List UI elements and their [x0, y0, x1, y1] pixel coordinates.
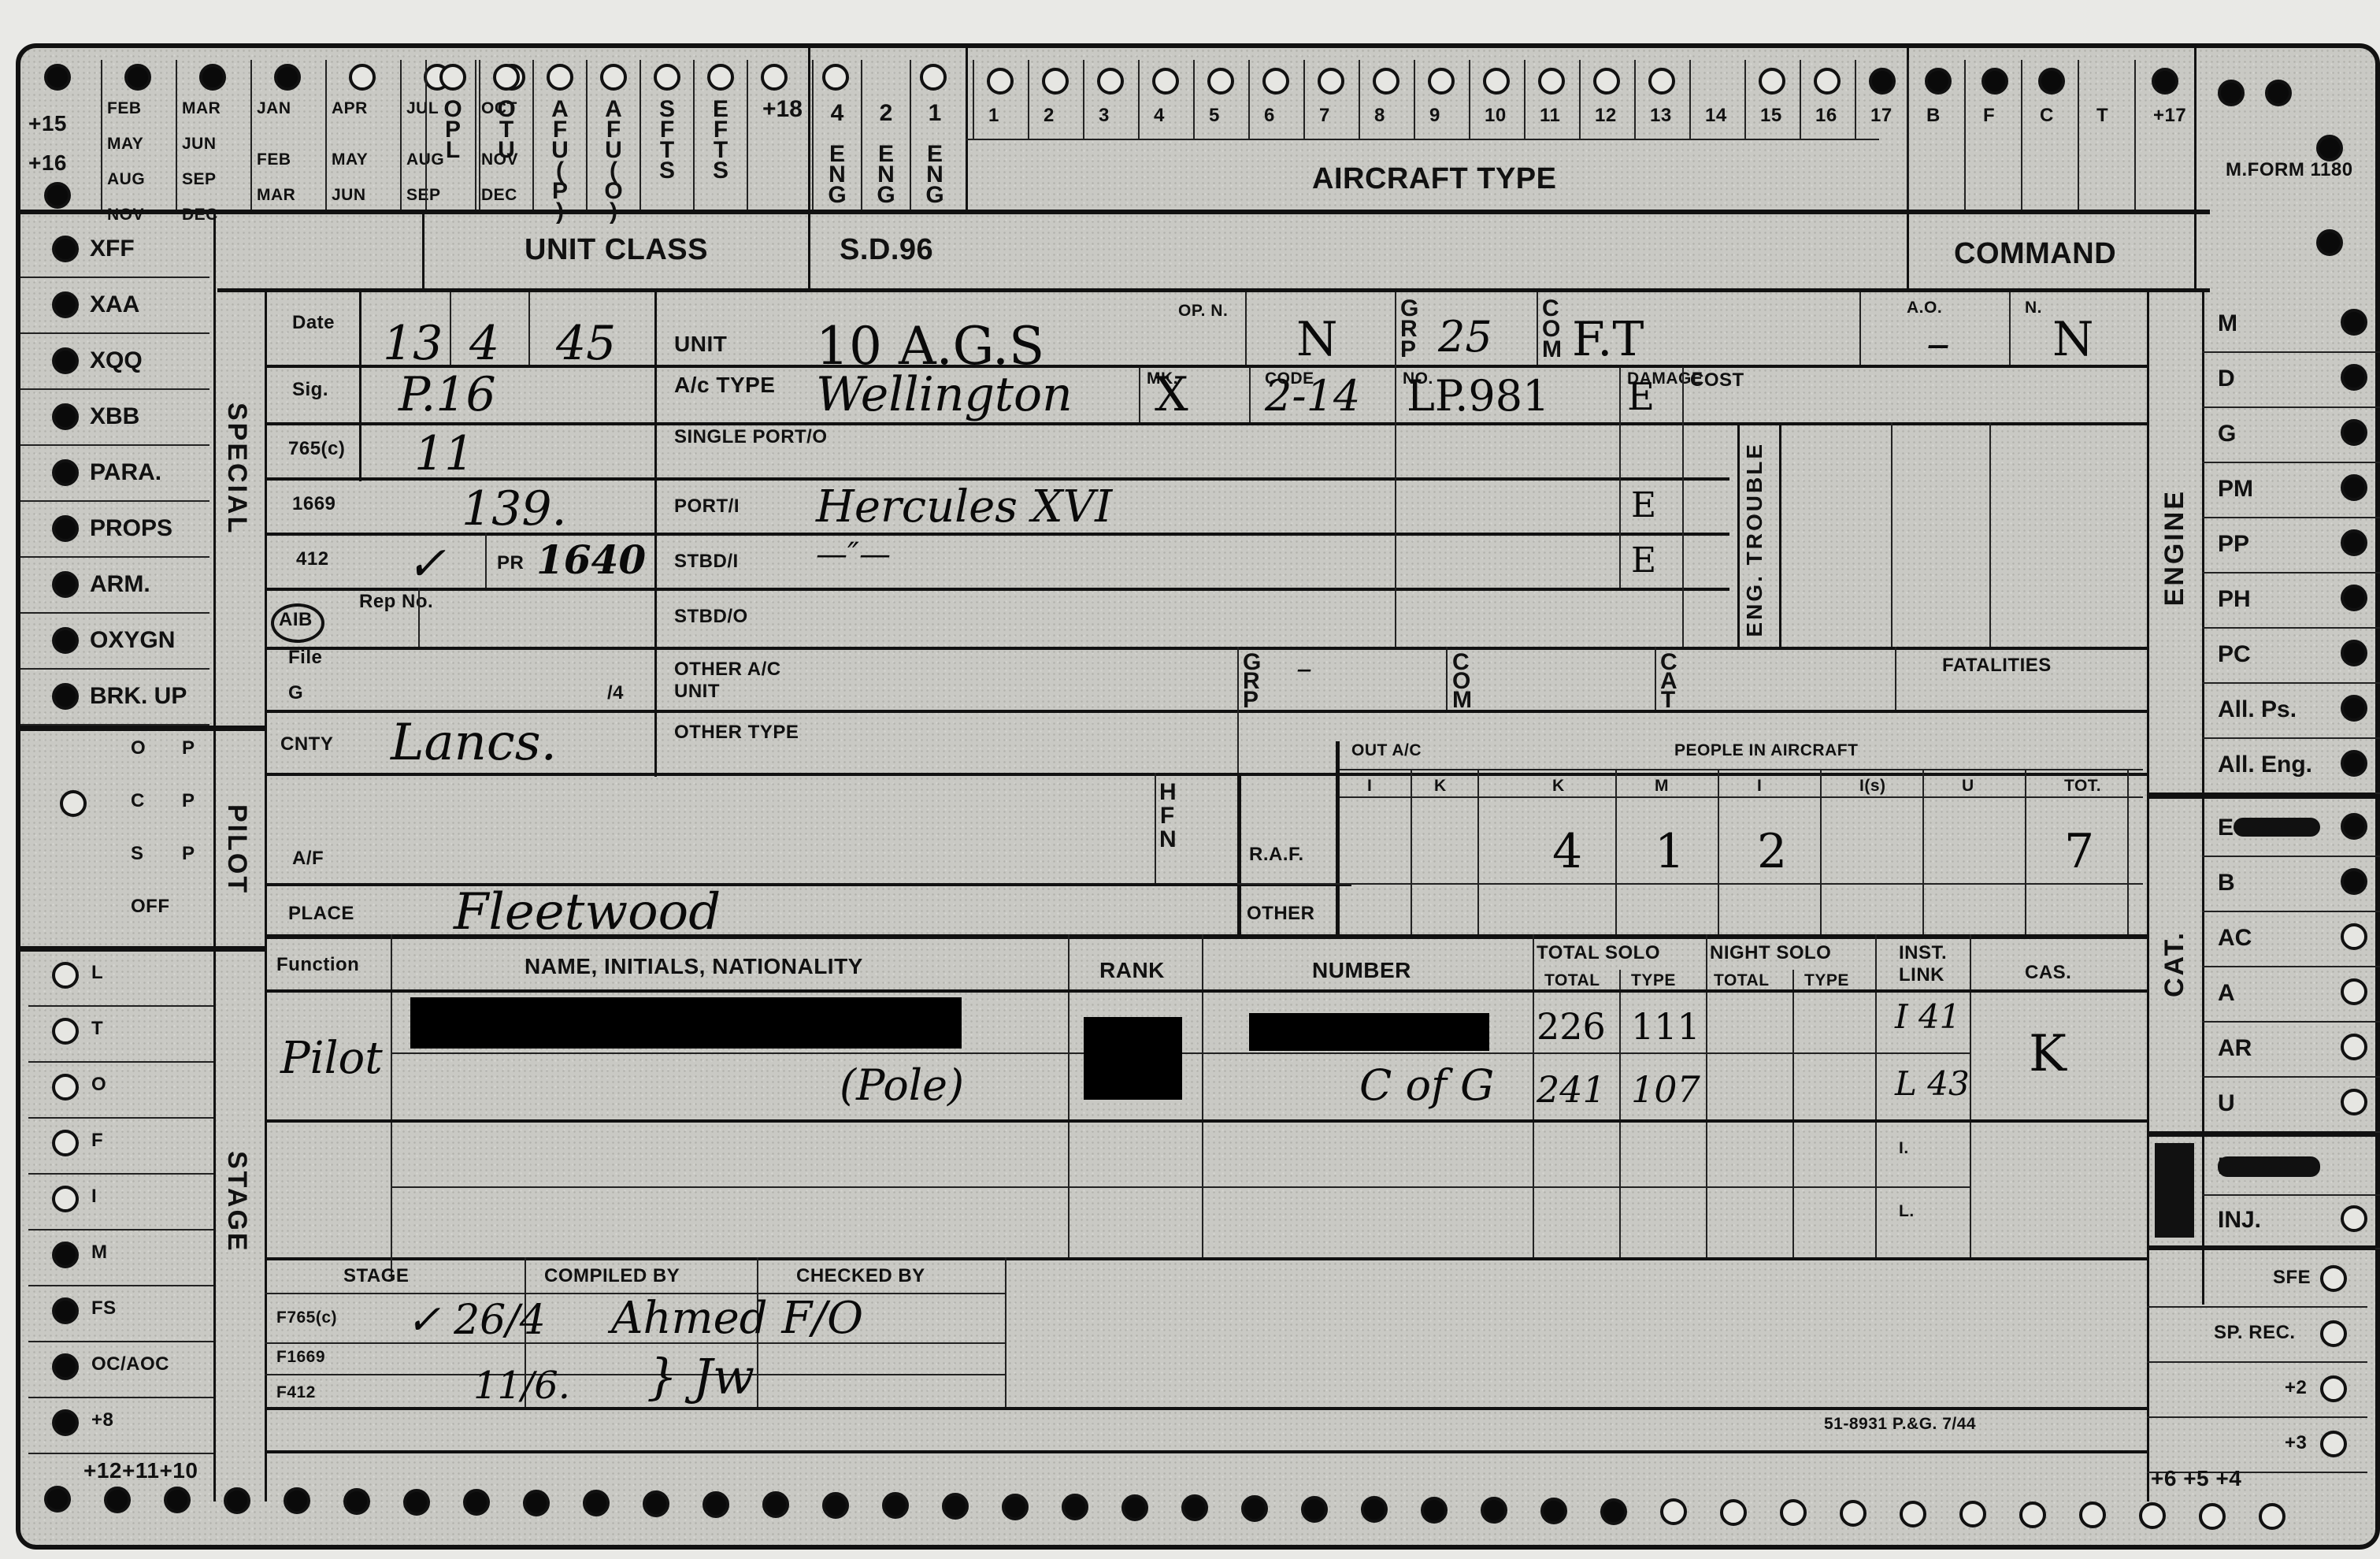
n-label: N. — [2025, 299, 2042, 317]
divider — [28, 1453, 213, 1454]
punch-hole[interactable] — [439, 64, 466, 91]
g-label: G — [288, 682, 303, 704]
punch-hole[interactable] — [1720, 1499, 1747, 1526]
divider — [479, 60, 480, 210]
out-ac-label: OUT A/C — [1351, 741, 1422, 760]
divider — [1395, 422, 1396, 647]
punch-hole[interactable] — [1121, 1494, 1148, 1521]
divider — [2194, 48, 2196, 288]
punch-hole[interactable] — [1181, 1494, 1208, 1521]
punch-hole[interactable] — [1925, 68, 1952, 95]
divider — [391, 1186, 1970, 1188]
divider — [812, 60, 814, 210]
total-solo-total-2[interactable]: 241 — [1537, 1068, 1606, 1111]
engine-item[interactable]: All. Eng. — [2202, 737, 2380, 794]
f1669-label: 1669 — [292, 493, 335, 515]
engine-item[interactable]: D — [2202, 351, 2380, 408]
divider — [1237, 773, 1241, 934]
special-item[interactable]: PARA. — [20, 445, 209, 502]
punch-hole[interactable] — [164, 1487, 191, 1513]
special-item-label: XAA — [90, 291, 139, 318]
f765c-value[interactable]: 11 — [414, 426, 474, 481]
op-n-label: OP. N. — [1178, 300, 1225, 322]
place-label: PLACE — [288, 903, 354, 925]
punch-hole[interactable] — [1840, 1500, 1867, 1527]
cat-item[interactable]: AC — [2202, 911, 2380, 967]
special-item[interactable]: XBB — [20, 389, 209, 446]
divider — [1446, 647, 1448, 710]
total-solo-type-2[interactable]: 107 — [1631, 1068, 1700, 1111]
month-label: MAR — [182, 99, 221, 118]
divider — [1922, 769, 1924, 934]
inst-link-header: INST. LINK — [1899, 942, 1954, 986]
divider — [1718, 769, 1719, 934]
cat-item[interactable]: A — [2202, 966, 2380, 1023]
punch-hole[interactable] — [654, 64, 680, 91]
command-code: T — [2096, 105, 2108, 127]
divider — [1689, 60, 1691, 139]
month-label: MAY — [332, 150, 368, 169]
cat-item[interactable]: AR — [2202, 1021, 2380, 1078]
punch-hole[interactable] — [2259, 1503, 2285, 1530]
people-col: I — [1757, 777, 1762, 796]
punch-hole[interactable] — [284, 1487, 310, 1514]
divider — [2147, 1416, 2367, 1418]
punch-hole[interactable] — [1318, 68, 1344, 95]
op-n-value[interactable]: N — [1296, 312, 1338, 367]
stage-f765c-value[interactable]: ✓ 26/4 — [406, 1297, 546, 1344]
corner-label: +15 — [28, 111, 67, 136]
special-item[interactable]: ARM. — [20, 557, 209, 614]
punch-hole — [2341, 813, 2367, 840]
divider — [265, 1374, 1005, 1375]
aircraft-type-number: 17 — [1870, 105, 1893, 127]
divider — [1477, 769, 1479, 934]
month-label: FEB — [107, 99, 142, 118]
punch-hole[interactable] — [104, 1487, 131, 1513]
punch-hole[interactable] — [1981, 68, 2008, 95]
engine-item[interactable]: G — [2202, 406, 2380, 463]
punch-hole[interactable] — [1869, 68, 1896, 95]
pr-value[interactable]: 1640 — [536, 536, 646, 583]
command-code: B — [1926, 105, 1941, 127]
aircraft-type-number: 12 — [1595, 105, 1617, 127]
month-label: MAR — [257, 186, 295, 205]
engine-count-code: 2 E N G — [874, 103, 898, 206]
mk-value[interactable]: X — [1155, 367, 1188, 422]
month-label: DEC — [481, 186, 517, 205]
punch-hole[interactable] — [762, 1491, 789, 1518]
punch-hole[interactable] — [44, 1486, 71, 1513]
punch-hole[interactable] — [1301, 1496, 1328, 1523]
crew-nationality[interactable]: (Pole) — [840, 1060, 964, 1110]
aircraft-type-number: 14 — [1705, 105, 1727, 127]
divider — [2078, 60, 2079, 210]
special-item[interactable]: XFF — [20, 221, 209, 278]
misc-item-label: +3 — [2285, 1432, 2307, 1454]
engine-row-damage[interactable]: E — [1631, 485, 1656, 525]
special-item[interactable]: PROPS — [20, 501, 209, 558]
punch-hole[interactable] — [1152, 68, 1179, 95]
no-value[interactable]: LP.981 — [1407, 371, 1550, 421]
date-day[interactable]: 13 — [383, 316, 443, 371]
divider — [1155, 773, 1156, 883]
form-number: M.FORM 1180 — [2226, 158, 2320, 182]
f412-label: 412 — [296, 548, 329, 570]
punch-hole[interactable] — [2038, 68, 2065, 95]
date-month[interactable]: 4 — [469, 316, 499, 371]
divider — [1411, 769, 1412, 934]
punch-hole[interactable] — [1814, 68, 1841, 95]
divider — [2147, 1131, 2375, 1137]
punch-hole[interactable] — [822, 1492, 849, 1519]
punch-hole[interactable] — [1959, 1501, 1986, 1527]
eng-trouble-label: ENG. TROUBLE — [1742, 442, 1767, 637]
punch-hole[interactable] — [52, 1353, 79, 1380]
engine-item[interactable]: PP — [2202, 517, 2380, 573]
divider — [265, 647, 2147, 650]
inst-link-empty-1: I. — [1899, 1139, 1909, 1158]
file-label: File — [288, 647, 322, 669]
engine-row-value[interactable]: —″— — [816, 536, 891, 573]
divider — [1682, 422, 1684, 647]
night-solo-header: NIGHT SOLO — [1710, 942, 1831, 964]
punch-hole[interactable] — [2320, 1431, 2347, 1457]
people-raf-value[interactable]: 7 — [2064, 824, 2094, 879]
punch-hole[interactable] — [60, 790, 87, 817]
hfn-label: HFN — [1159, 781, 1175, 852]
punch-hole[interactable] — [52, 1242, 79, 1268]
punch-hole[interactable] — [987, 68, 1014, 95]
punch-hole[interactable] — [600, 64, 627, 91]
punched-hole — [52, 459, 79, 486]
divider — [325, 60, 327, 210]
punch-hole[interactable] — [493, 64, 520, 91]
total-solo-total-1[interactable]: 226 — [1537, 1005, 1606, 1048]
people-raf-value[interactable]: 1 — [1655, 824, 1685, 879]
stage-row-label: F412 — [276, 1383, 316, 1402]
punch-hole[interactable] — [1540, 1498, 1567, 1524]
month-label: MAY — [107, 135, 143, 154]
punch-hole[interactable] — [403, 1489, 430, 1516]
unit-class-code: A F U ( P ) — [548, 99, 572, 222]
special-item[interactable]: XQQ — [20, 333, 209, 390]
misc-item-label: +2 — [2285, 1377, 2307, 1399]
inst-link-2[interactable]: L 43 — [1895, 1064, 1970, 1103]
cat-item[interactable]: B — [2202, 856, 2380, 912]
punch-hole[interactable] — [2320, 1265, 2347, 1292]
engine-item-label: D — [2218, 366, 2235, 392]
date-year[interactable]: 45 — [556, 316, 616, 371]
punch-hole[interactable] — [1900, 1501, 1926, 1527]
punch-hole[interactable] — [1648, 68, 1675, 95]
total-solo-type-header: TYPE — [1631, 971, 1676, 990]
other-type-label: OTHER TYPE — [674, 722, 832, 744]
cat-label: CAT. — [2159, 930, 2190, 997]
total-solo-type-1[interactable]: 111 — [1631, 1005, 1700, 1048]
divider — [1682, 367, 1684, 422]
punch-hole[interactable] — [52, 1186, 79, 1212]
compiled-f765c-value[interactable]: Ahmed F/O — [611, 1293, 863, 1344]
unit-class-code: O P L — [441, 99, 465, 161]
fatal-item[interactable]: FATAL — [2202, 1139, 2380, 1196]
aircraft-type-number: 16 — [1815, 105, 1837, 127]
punch-hole[interactable] — [2320, 1320, 2347, 1347]
divider — [217, 288, 2210, 292]
divider — [1855, 60, 1856, 139]
unit-class-code: A F U ( O ) — [602, 99, 625, 222]
divider — [28, 1117, 213, 1119]
fatalities-label: FATALITIES — [1942, 655, 2052, 677]
sig-value[interactable]: P.16 — [399, 367, 496, 422]
punch-hole[interactable] — [349, 64, 376, 91]
engine-row-value[interactable]: Hercules XVI — [816, 481, 1112, 533]
pilot-code: P — [182, 737, 195, 759]
punch-hole[interactable] — [1593, 68, 1620, 95]
divider — [1359, 60, 1360, 139]
stage-item-label: L — [91, 962, 103, 984]
unit-class-code: E F T S — [709, 99, 732, 181]
punch-hole[interactable] — [1780, 1499, 1807, 1526]
engine-item[interactable]: PC — [2202, 627, 2380, 684]
punch-hole[interactable] — [1759, 68, 1785, 95]
punch-hole[interactable] — [2139, 1502, 2166, 1529]
stage-item-label: OC/AOC — [91, 1353, 169, 1375]
punch-hole[interactable] — [199, 64, 226, 91]
f412-value[interactable]: ✓ — [406, 536, 446, 592]
command-label: COMMAND — [1954, 237, 2116, 271]
punch-hole[interactable] — [52, 1074, 79, 1101]
punch-hole[interactable] — [463, 1489, 490, 1516]
divider — [1579, 60, 1581, 139]
engine-item[interactable]: PM — [2202, 462, 2380, 518]
punch-hole[interactable] — [2199, 1503, 2226, 1530]
ac-type-value[interactable]: Wellington — [816, 367, 1073, 422]
divider — [1744, 60, 1746, 139]
punch-hole[interactable] — [1262, 68, 1289, 95]
punch-hole[interactable] — [583, 1490, 610, 1516]
punch-hole[interactable] — [52, 1130, 79, 1156]
punch-hole[interactable] — [707, 64, 734, 91]
month-label: FEB — [257, 150, 291, 169]
divider — [265, 288, 267, 1501]
marker-strike — [2218, 1156, 2320, 1177]
divider — [265, 710, 2147, 713]
sd-label: S.D.96 — [840, 233, 933, 267]
compiled-by-header: COMPILED BY — [544, 1265, 680, 1287]
divider — [966, 48, 968, 213]
punch-hole[interactable] — [942, 1493, 969, 1520]
divider — [2147, 792, 2375, 799]
punched-hole — [2265, 80, 2292, 106]
special-item[interactable]: XAA — [20, 277, 209, 334]
month-label: JUL — [406, 99, 439, 118]
cat-item[interactable]: U — [2202, 1076, 2380, 1133]
redacted-name — [410, 997, 962, 1049]
punch-hole[interactable] — [547, 64, 573, 91]
punch-hole[interactable] — [52, 1409, 79, 1436]
divider — [265, 422, 2147, 425]
engine-item-label: PC — [2218, 641, 2251, 668]
compiled-f412-value[interactable]: } Jw — [647, 1348, 754, 1405]
special-item[interactable]: BRK. UP — [20, 669, 209, 726]
n-value[interactable]: N — [2052, 312, 2094, 367]
crew-number-extra[interactable]: C of G — [1359, 1060, 1494, 1110]
code-value[interactable]: 2-14 — [1265, 371, 1360, 421]
divider — [747, 60, 748, 210]
divider — [2009, 292, 2011, 365]
special-item[interactable]: OXYGN — [20, 613, 209, 670]
com-label: COM — [1542, 299, 1558, 360]
pilot-code: S — [131, 843, 144, 865]
punch-hole[interactable] — [882, 1492, 909, 1519]
divider — [1524, 60, 1525, 139]
divider — [1202, 934, 1203, 1257]
punch-hole[interactable] — [1428, 68, 1455, 95]
cat-item-label: E — [2218, 815, 2234, 841]
cnty-value[interactable]: Lancs. — [391, 714, 557, 772]
aib-label: AIB — [279, 609, 313, 631]
unit-class-code: S F T S — [655, 99, 679, 181]
unit-label: UNIT — [674, 332, 727, 357]
function-header: Function — [276, 954, 359, 976]
divider — [1193, 60, 1195, 139]
punch-hole[interactable] — [703, 1491, 729, 1518]
night-solo-total-header: TOTAL — [1714, 971, 1770, 990]
punched-hole — [52, 291, 79, 318]
other-grp-value[interactable]: – — [1296, 651, 1312, 687]
command-code: C — [2040, 105, 2054, 127]
punch-hole[interactable] — [1660, 1498, 1687, 1525]
divider — [1068, 934, 1070, 1257]
punch-hole[interactable] — [1481, 1497, 1507, 1524]
ao-value[interactable]: – — [1926, 316, 1950, 371]
punch-hole[interactable] — [2079, 1501, 2106, 1528]
punch-hole[interactable] — [1062, 1494, 1088, 1520]
punch-hole[interactable] — [822, 64, 849, 91]
people-raf-value[interactable]: 2 — [1757, 824, 1787, 879]
engine-item-label: G — [2218, 421, 2236, 447]
punch-hole[interactable] — [124, 64, 151, 91]
punched-hole — [2316, 135, 2343, 161]
divider — [418, 588, 420, 647]
misc-item-label: SP. REC. — [2214, 1322, 2296, 1344]
grp-value[interactable]: 25 — [1438, 312, 1492, 362]
crew-cas[interactable]: K — [2029, 1025, 2067, 1083]
month-label: SEP — [182, 170, 217, 189]
punch-hole[interactable] — [52, 962, 79, 989]
engine-row-damage[interactable]: E — [1631, 540, 1656, 581]
place-value[interactable]: Fleetwood — [454, 883, 721, 941]
punch-hole — [2341, 868, 2367, 895]
divider — [808, 48, 810, 288]
punch-hole[interactable] — [1361, 1496, 1388, 1523]
unit-class-code: O T U — [495, 99, 518, 161]
checked-by-header: CHECKED BY — [796, 1265, 925, 1287]
punch-hole[interactable] — [343, 1488, 370, 1515]
punch-hole[interactable] — [52, 1297, 79, 1324]
punch-hole[interactable] — [1241, 1495, 1268, 1522]
divider — [1875, 934, 1877, 1257]
punch-hole[interactable] — [1042, 68, 1069, 95]
punch-hole[interactable] — [52, 1018, 79, 1045]
cat-item-label: B — [2218, 870, 2235, 896]
punch-hole[interactable] — [523, 1490, 550, 1516]
punch-hole[interactable] — [1207, 68, 1234, 95]
punched-hole — [52, 347, 79, 374]
damage-value[interactable]: E — [1627, 375, 1655, 419]
punch-hole[interactable] — [1600, 1498, 1627, 1525]
divider — [1859, 292, 1861, 365]
divider — [213, 210, 216, 1501]
engine-row-label: STBD/O — [674, 606, 832, 628]
special-item-label: OXYGN — [90, 627, 175, 654]
punch-hole[interactable] — [1373, 68, 1399, 95]
special-item-label: ARM. — [90, 571, 150, 598]
command-code: F — [1983, 105, 1995, 127]
engine-item[interactable]: All. Ps. — [2202, 682, 2380, 739]
crew-function[interactable]: Pilot — [280, 1033, 383, 1084]
ao-label: A.O. — [1907, 299, 1942, 317]
people-col: U — [1962, 777, 1974, 796]
punch-hole[interactable] — [1421, 1497, 1448, 1524]
engine-item[interactable]: PH — [2202, 572, 2380, 629]
sig-label: Sig. — [292, 379, 328, 401]
punch-hole[interactable] — [1097, 68, 1124, 95]
punch-hole — [2341, 923, 2367, 950]
punch-hole[interactable] — [1002, 1494, 1029, 1520]
af-label: A/F — [292, 848, 324, 870]
punch-hole[interactable] — [224, 1487, 250, 1514]
cat-item[interactable]: E — [2202, 800, 2380, 857]
punch-hole — [2341, 978, 2367, 1005]
redacted-rank — [1084, 1017, 1182, 1100]
divider — [1414, 60, 1415, 139]
unit-class-code: +18 — [762, 99, 786, 120]
inst-link-1[interactable]: I 41 — [1895, 997, 1960, 1036]
divider — [28, 1341, 213, 1342]
punch-hole[interactable] — [643, 1490, 669, 1517]
divider — [1533, 934, 1534, 1257]
divider — [28, 1173, 213, 1175]
people-raf-value[interactable]: 4 — [1552, 824, 1582, 879]
punch-hole[interactable] — [920, 64, 947, 91]
month-label: JUN — [332, 186, 366, 205]
punch-hole[interactable] — [1538, 68, 1565, 95]
engine-item[interactable]: M — [2202, 296, 2380, 353]
divider — [265, 773, 2147, 776]
divider — [485, 533, 487, 588]
punch-hole[interactable] — [2320, 1375, 2347, 1402]
f1669-value[interactable]: 139. — [462, 481, 567, 536]
engine-count-code: 1 E N G — [923, 103, 947, 206]
stage-item-label: F — [91, 1130, 103, 1152]
punch-hole[interactable] — [274, 64, 301, 91]
divider — [265, 989, 2147, 993]
punch-hole[interactable] — [1483, 68, 1510, 95]
fatal-item[interactable]: INJ. — [2202, 1193, 2380, 1249]
punch-hole[interactable] — [761, 64, 788, 91]
com-value[interactable]: F.T — [1572, 312, 1644, 367]
g-suffix: /4 — [607, 682, 624, 704]
inst-link-empty-2: L. — [1899, 1202, 1915, 1221]
punched-hole — [52, 236, 79, 262]
punch-hole[interactable] — [2152, 68, 2178, 95]
punch-hole[interactable] — [2019, 1501, 2046, 1528]
engine-row-label: PORT/I — [674, 496, 832, 518]
stage-f412-value[interactable]: 11/6. — [473, 1364, 570, 1408]
divider — [250, 60, 252, 210]
